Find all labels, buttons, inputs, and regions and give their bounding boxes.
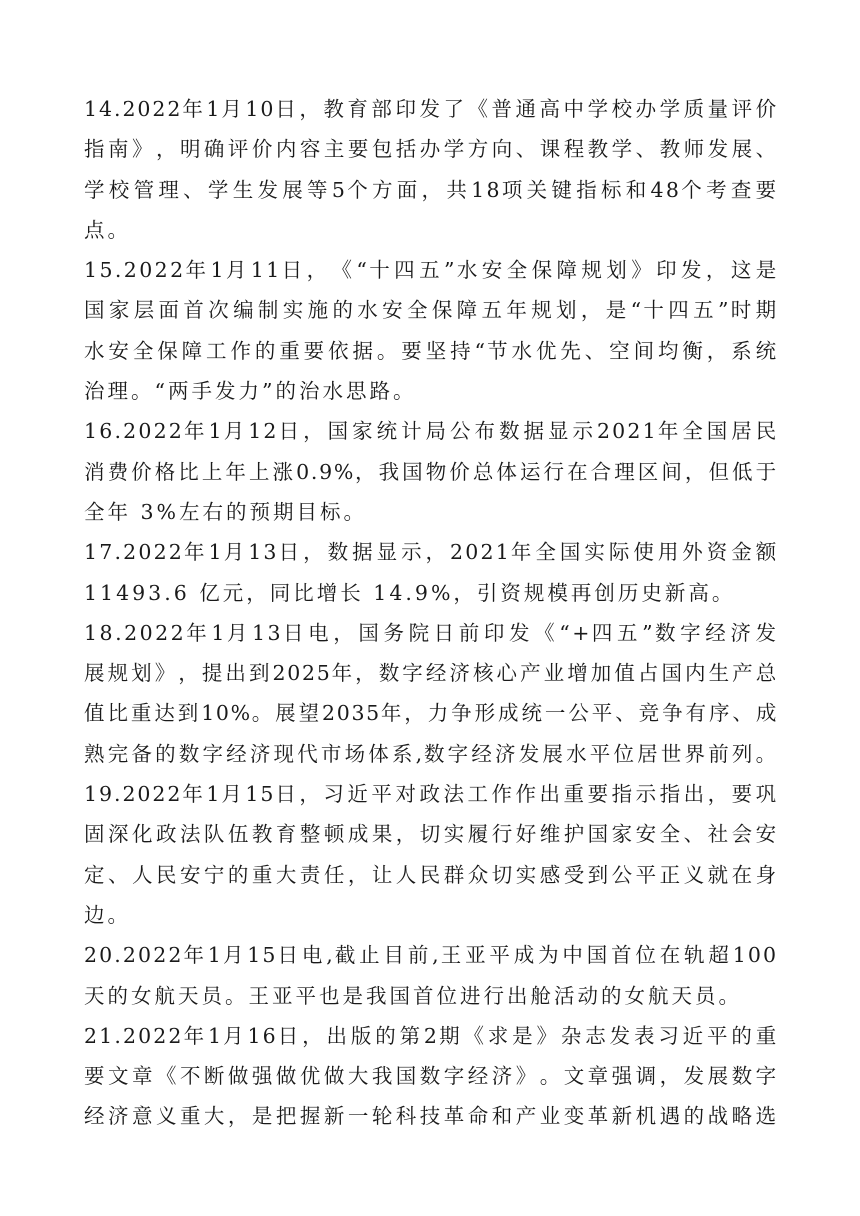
news-item-16: 1 6 . 2 0 2 2 年 1 月 1 2 日 ， 国 家 统 计 局 公 … [84, 411, 776, 532]
text-line: 2 0 . 2 0 2 2 年 1 月 1 5 日 电 , 截 止 目 前 , … [84, 935, 776, 975]
text-line: 11493.6 亿元，同比增长 14.9%，引资规模再创历史新高。 [84, 573, 776, 613]
text-line: 展 规 划 》 ， 提 出 到 2 0 2 5 年 ， 数 字 经 济 核 心 … [84, 653, 776, 693]
text-line: 学 校 管 理 、 学 生 发 展 等 5 个 方 面 ， 共 1 8 项 关 … [84, 170, 776, 210]
text-line: 天的女航天员。王亚平也是我国首位进行出舱活动的女航天员。 [84, 976, 776, 1016]
text-line: 1 4 . 2 0 2 2 年 1 月 1 0 日 ， 教 育 部 印 发 了 … [84, 89, 776, 129]
news-item-20: 2 0 . 2 0 2 2 年 1 月 1 5 日 电 , 截 止 目 前 , … [84, 935, 776, 1016]
text-line: 1 9 . 2 0 2 2 年 1 月 1 5 日 ， 习 近 平 对 政 法 … [84, 774, 776, 814]
text-line: 值 比 重 达 到 1 0 % 。 展 望 2 0 3 5 年 ， 力 争 形 … [84, 693, 776, 733]
text-line: 1 8 . 2 0 2 2 年 1 月 1 3 日 电 ， 国 务 院 日 前 … [84, 613, 776, 653]
news-item-15: 1 5 . 2 0 2 2 年 1 月 1 1 日 ， 《 “ 十 四 五 ” … [84, 250, 776, 411]
text-line: 水 安 全 保 障 工 作 的 重 要 依 据 。 要 坚 持 “ 节 水 优 … [84, 331, 776, 371]
text-line: 经 济 意 义 重 大 ， 是 把 握 新 一 轮 科 技 革 命 和 产 业 … [84, 1096, 776, 1136]
text-line: 国 家 层 面 首 次 编 制 实 施 的 水 安 全 保 障 五 年 规 划 … [84, 290, 776, 330]
text-line: 熟 完 备 的 数 字 经 济 现 代 市 场 体 系 , 数 字 经 济 发 … [84, 734, 776, 774]
text-line: 指 南 》 ， 明 确 评 价 内 容 主 要 包 括 办 学 方 向 、 课 … [84, 129, 776, 169]
text-line: 2 1 . 2 0 2 2 年 1 月 1 6 日 ， 出 版 的 第 2 期 … [84, 1016, 776, 1056]
text-line: 消 费 价 格 比 上 年 上 涨 0 . 9 % ， 我 国 物 价 总 体 … [84, 452, 776, 492]
text-line: 治理。“两手发力”的治水思路。 [84, 371, 776, 411]
text-line: 要 文 章 《 不 断 做 强 做 优 做 大 我 国 数 字 经 济 》 。 … [84, 1056, 776, 1096]
text-line: 点。 [84, 210, 776, 250]
text-line: 1 5 . 2 0 2 2 年 1 月 1 1 日 ， 《 “ 十 四 五 ” … [84, 250, 776, 290]
text-line: 1 6 . 2 0 2 2 年 1 月 1 2 日 ， 国 家 统 计 局 公 … [84, 411, 776, 451]
news-item-14: 1 4 . 2 0 2 2 年 1 月 1 0 日 ， 教 育 部 印 发 了 … [84, 89, 776, 250]
text-line: 边。 [84, 895, 776, 935]
news-item-18: 1 8 . 2 0 2 2 年 1 月 1 3 日 电 ， 国 务 院 日 前 … [84, 613, 776, 774]
document-page: 1 4 . 2 0 2 2 年 1 月 1 0 日 ， 教 育 部 印 发 了 … [84, 89, 776, 1137]
news-item-21: 2 1 . 2 0 2 2 年 1 月 1 6 日 ， 出 版 的 第 2 期 … [84, 1016, 776, 1137]
text-line: 全年 3%左右的预期目标。 [84, 492, 776, 532]
news-item-17: 1 7 . 2 0 2 2 年 1 月 1 3 日 ， 数 据 显 示 ， 2 … [84, 532, 776, 613]
text-line: 固 深 化 政 法 队 伍 教 育 整 顿 成 果 ， 切 实 履 行 好 维 … [84, 814, 776, 854]
text-line: 定 、 人 民 安 宁 的 重 大 责 任 ， 让 人 民 群 众 切 实 感 … [84, 855, 776, 895]
text-line: 1 7 . 2 0 2 2 年 1 月 1 3 日 ， 数 据 显 示 ， 2 … [84, 532, 776, 572]
news-item-19: 1 9 . 2 0 2 2 年 1 月 1 5 日 ， 习 近 平 对 政 法 … [84, 774, 776, 935]
